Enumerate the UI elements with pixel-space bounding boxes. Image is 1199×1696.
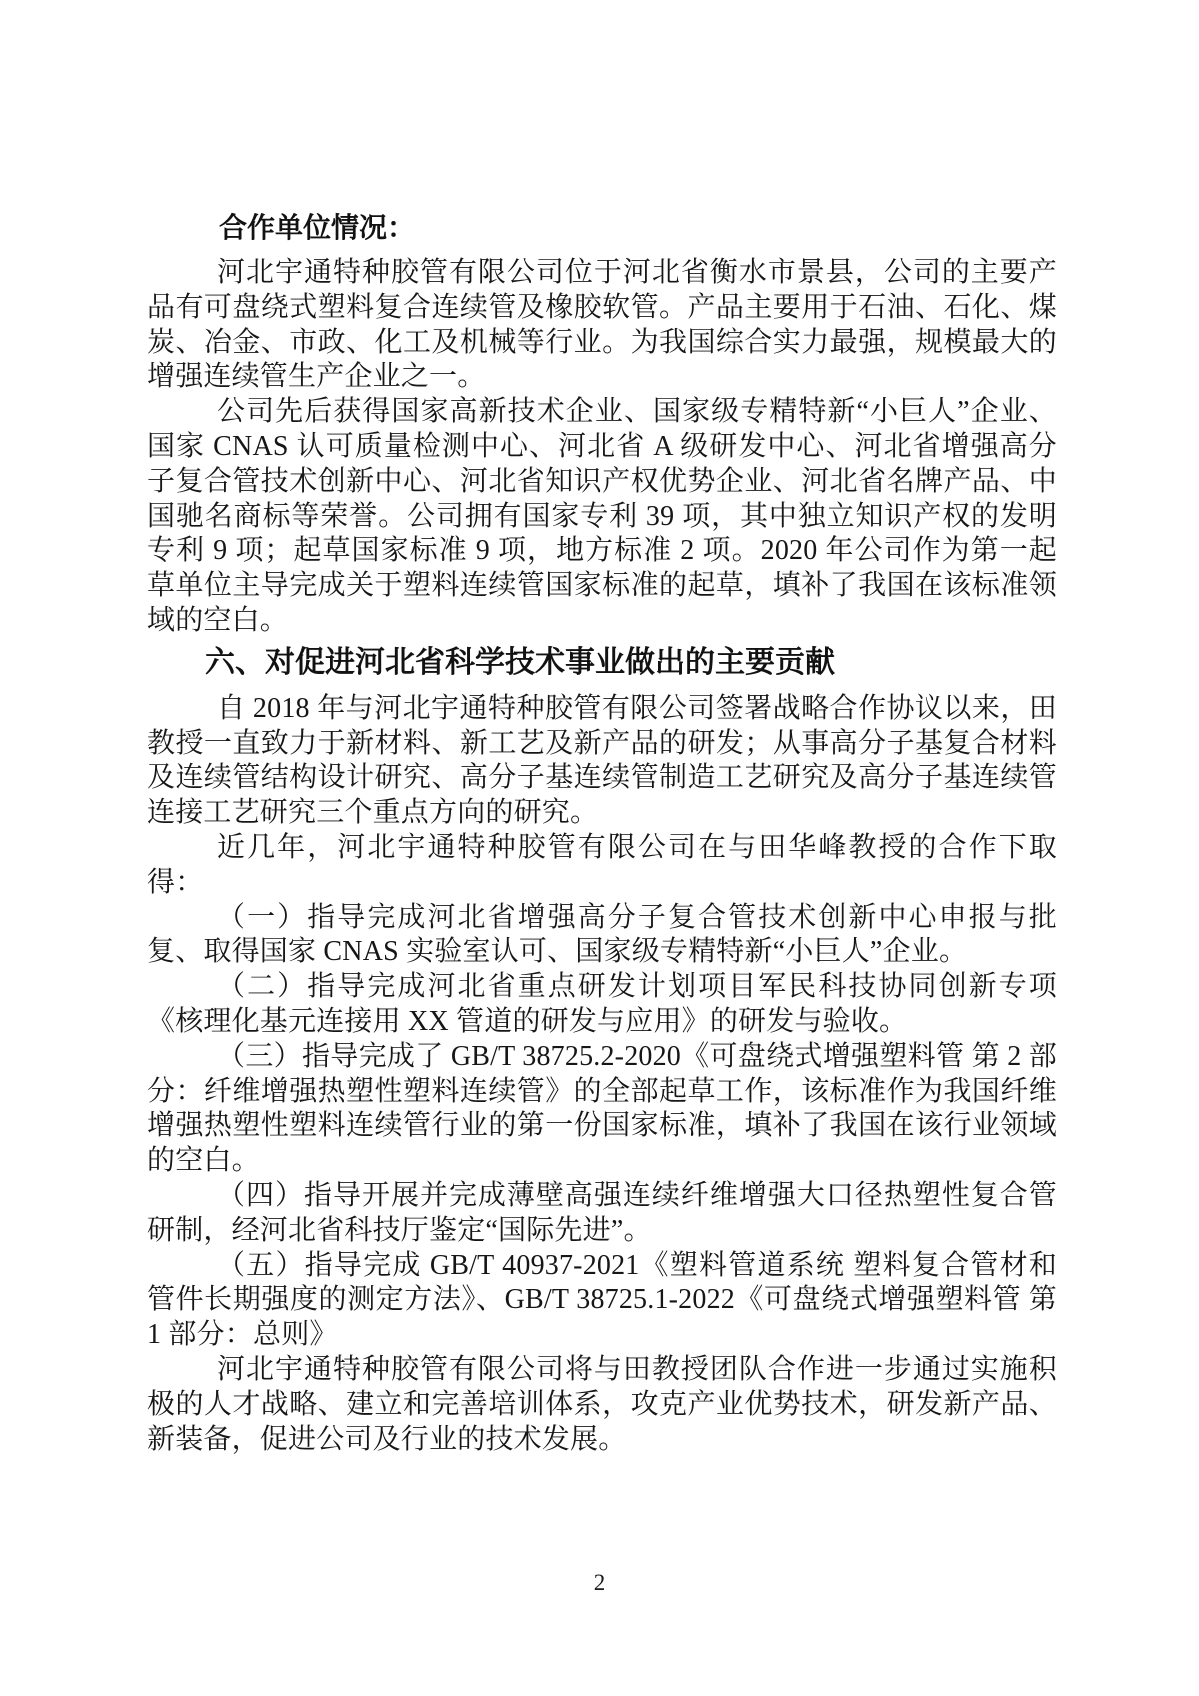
paragraph-item-1: （一）指导完成河北省增强高分子复合管技术创新中心申报与批复、取得国家 CNAS … — [147, 901, 1057, 971]
paragraph-recent-years-lead-in: 近几年，河北宇通特种胶管有限公司在与田华峰教授的合作下取得： — [147, 831, 1057, 901]
paragraph-item-5: （五）指导完成 GB/T 40937-2021《塑料管道系统 塑料复合管材和管件… — [147, 1249, 1057, 1353]
paragraph-future-plan: 河北宇通特种胶管有限公司将与田教授团队合作进一步通过实施积极的人才战略、建立和完… — [147, 1353, 1057, 1457]
paragraph-cooperation-since-2018: 自 2018 年与河北宇通特种胶管有限公司签署战略合作协议以来，田教授一直致力于… — [147, 692, 1057, 831]
paragraph-item-2: （二）指导完成河北省重点研发计划项目军民科技协同创新专项《核理化基元连接用 XX… — [147, 970, 1057, 1040]
section-six-heading: 六、对促进河北省科学技术事业做出的主要贡献 — [147, 644, 1057, 681]
paragraph-item-4: （四）指导开展并完成薄壁高强连续纤维增强大口径热塑性复合管研制，经河北省科技厅鉴… — [147, 1179, 1057, 1249]
document-body: 合作单位情况： 河北宇通特种胶管有限公司位于河北省衡水市景县，公司的主要产品有可… — [147, 210, 1057, 1457]
page-number: 2 — [0, 1570, 1199, 1596]
document-page: 合作单位情况： 河北宇通特种胶管有限公司位于河北省衡水市景县，公司的主要产品有可… — [0, 0, 1199, 1696]
paragraph-item-3: （三）指导完成了 GB/T 38725.2-2020《可盘绕式增强塑料管 第 2… — [147, 1040, 1057, 1179]
paragraph-company-honors: 公司先后获得国家高新技术企业、国家级专精特新“小巨人”企业、国家 CNAS 认可… — [147, 395, 1057, 639]
paragraph-company-intro: 河北宇通特种胶管有限公司位于河北省衡水市景县，公司的主要产品有可盘绕式塑料复合连… — [147, 256, 1057, 395]
partner-unit-heading: 合作单位情况： — [147, 210, 1057, 245]
